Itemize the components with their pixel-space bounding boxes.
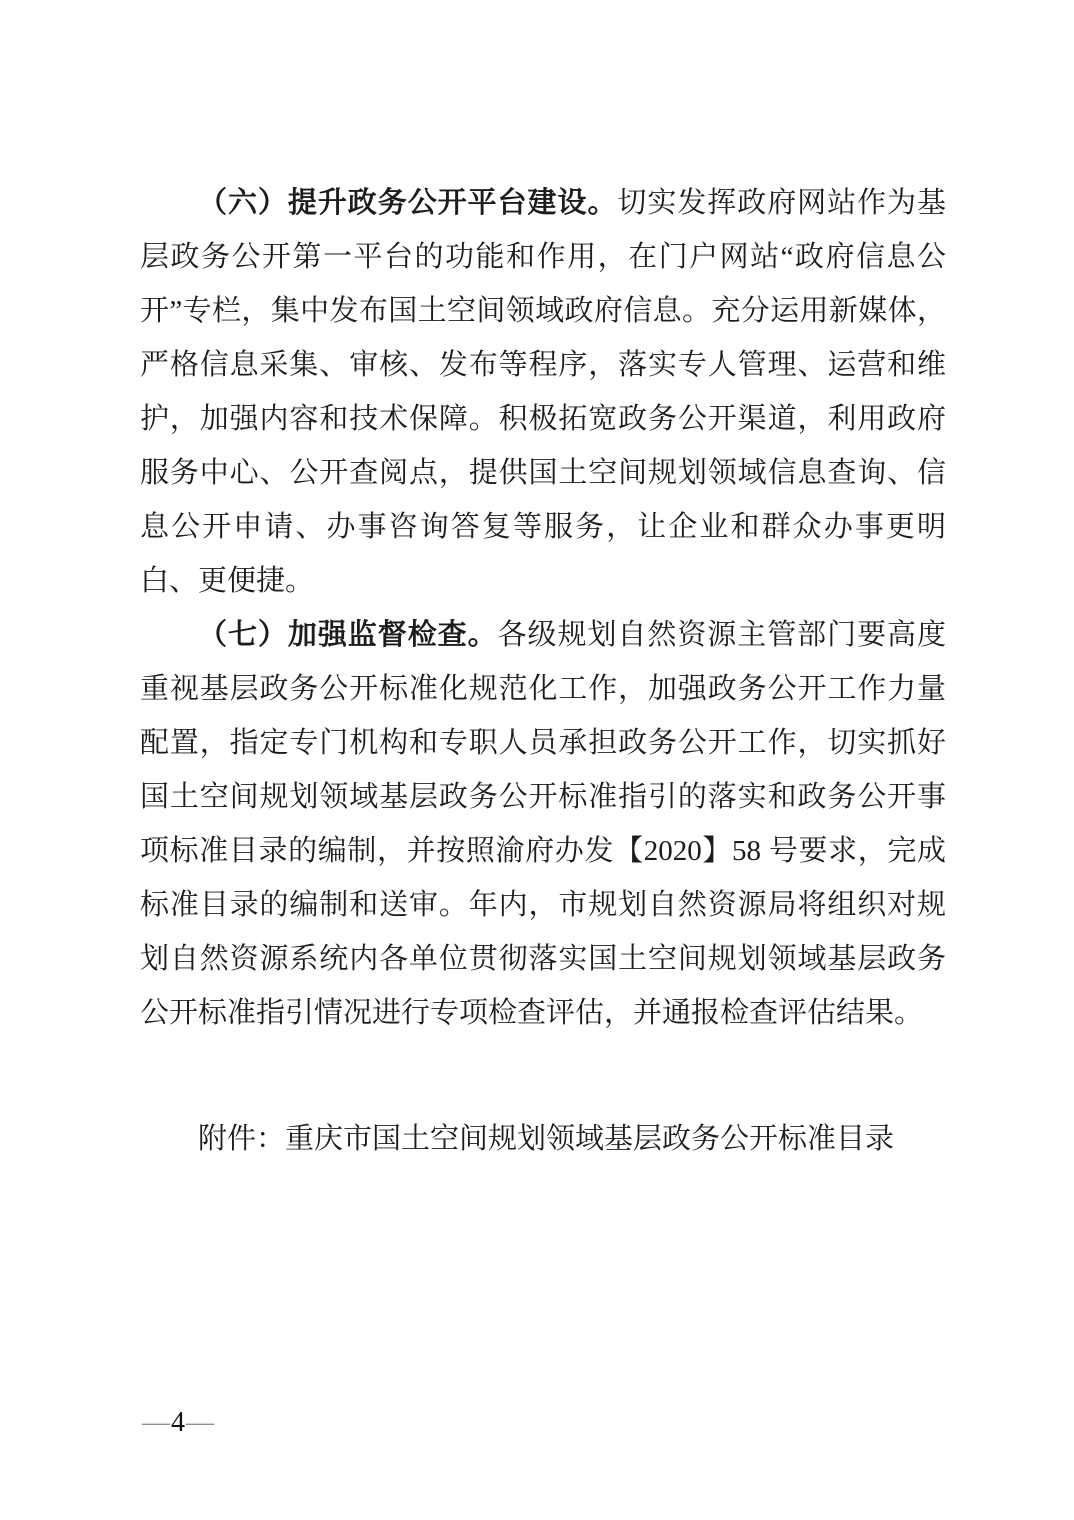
paragraph-seven-heading: （七）加强监督检查。: [198, 619, 498, 651]
document-page: （六）提升政务公开平台建设。切实发挥政府网站作为基层政务公开第一平台的功能和作用…: [0, 0, 1074, 1520]
attachment-line: 附件：重庆市国土空间规划领域基层政务公开标准目录: [140, 1112, 946, 1166]
paragraph-seven: （七）加强监督检查。各级规划自然资源主管部门要高度重视基层政务公开标准化规范化工…: [140, 608, 946, 1040]
paragraph-six-text: 切实发挥政府网站作为基层政务公开第一平台的功能和作用，在门户网站“政府信息公开”…: [140, 187, 946, 597]
footer-dash-right: —: [186, 1407, 214, 1438]
paragraph-six: （六）提升政务公开平台建设。切实发挥政府网站作为基层政务公开第一平台的功能和作用…: [140, 176, 946, 608]
paragraph-six-heading: （六）提升政务公开平台建设。: [198, 187, 617, 219]
paragraph-seven-text: 各级规划自然资源主管部门要高度重视基层政务公开标准化规范化工作，加强政务公开工作…: [140, 619, 946, 1029]
page-number: 4: [170, 1407, 186, 1438]
page-footer: —4—: [142, 1406, 214, 1440]
document-body: （六）提升政务公开平台建设。切实发挥政府网站作为基层政务公开第一平台的功能和作用…: [140, 176, 946, 1166]
footer-dash-left: —: [142, 1407, 170, 1438]
